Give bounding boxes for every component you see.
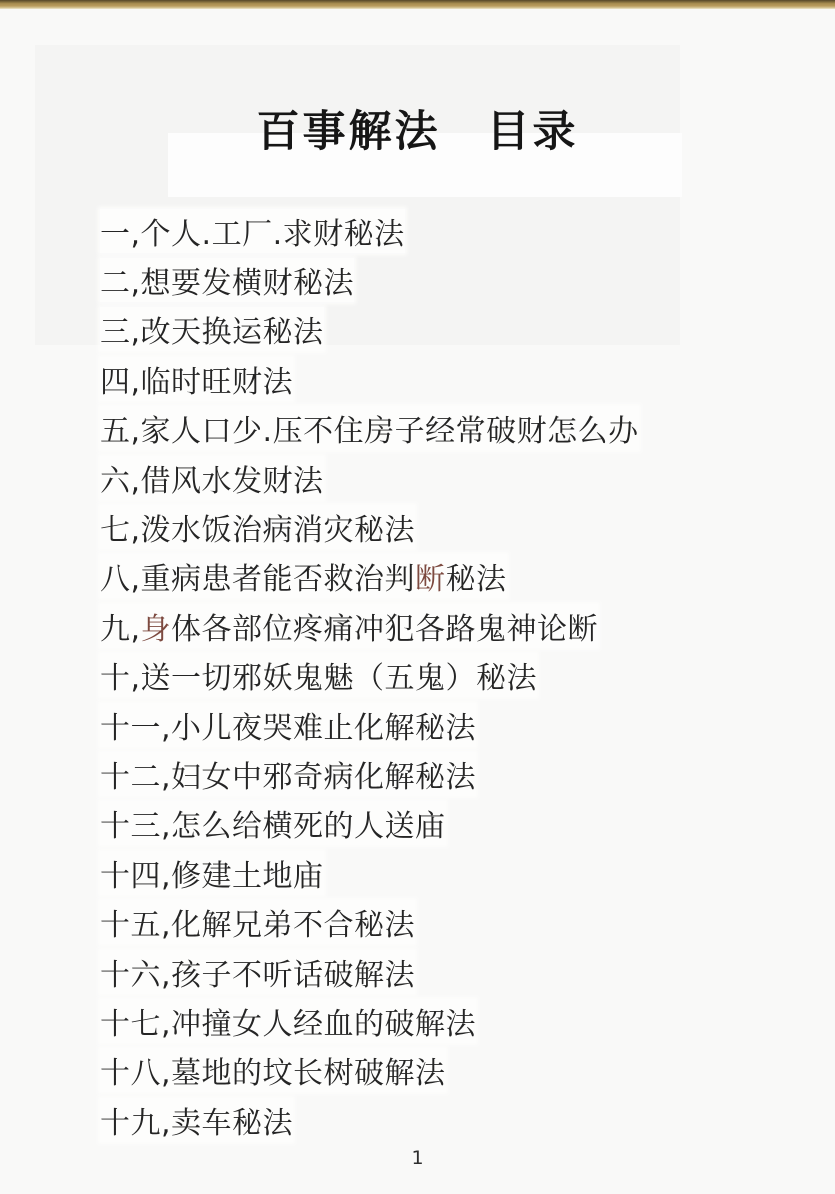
toc-text-segment: 体各部位疼痛冲犯各路鬼神论断 <box>171 612 598 647</box>
toc-item-text: 一,个人.工厂.求财秘法 <box>100 209 405 253</box>
toc-text-segment: 十三,怎么给横死的人送庙 <box>100 809 446 844</box>
toc-list: 一,个人.工厂.求财秘法二,想要发横财秘法三,改天换运秘法四,临时旺财法五,家人… <box>100 206 805 1144</box>
toc-item: 十九,卖车秘法 <box>100 1095 805 1144</box>
toc-item: 五,家人口少.压不住房子经常破财怎么办 <box>100 404 805 453</box>
toc-text-segment: 十九,卖车秘法 <box>100 1106 293 1141</box>
toc-item-text: 四,临时旺财法 <box>100 357 293 401</box>
toc-text-segment: 四,临时旺财法 <box>100 365 293 400</box>
toc-item-text: 七,泼水饭治病消灾秘法 <box>100 505 415 549</box>
toc-item: 九,身体各部位疼痛冲犯各路鬼神论断 <box>100 601 805 650</box>
toc-text-segment: 十二,妇女中邪奇病化解秘法 <box>100 760 476 795</box>
toc-text-segment: 七,泼水饭治病消灾秘法 <box>100 513 415 548</box>
toc-item-text: 十五,化解兄弟不合秘法 <box>100 900 415 944</box>
document-page: 百事解法 目录 一,个人.工厂.求财秘法二,想要发横财秘法三,改天换运秘法四,临… <box>0 0 835 1194</box>
toc-item: 三,改天换运秘法 <box>100 305 805 354</box>
toc-item-text: 十四,修建土地庙 <box>100 851 324 895</box>
toc-item: 一,个人.工厂.求财秘法 <box>100 206 805 255</box>
page-number: 1 <box>0 1147 835 1169</box>
toc-item: 七,泼水饭治病消灾秘法 <box>100 502 805 551</box>
page-title: 百事解法 目录 <box>0 98 835 159</box>
toc-item-text: 十七,冲撞女人经血的破解法 <box>100 999 476 1043</box>
toc-item: 十二,妇女中邪奇病化解秘法 <box>100 749 805 798</box>
toc-text-segment: 十五,化解兄弟不合秘法 <box>100 908 415 943</box>
toc-item-text: 十九,卖车秘法 <box>100 1098 293 1142</box>
toc-text-segment: 秘法 <box>446 562 507 597</box>
toc-text-segment: 三,改天换运秘法 <box>100 315 324 350</box>
toc-item: 六,借风水发财法 <box>100 453 805 502</box>
toc-text-segment: 六,借风水发财法 <box>100 464 324 499</box>
toc-item-text: 十,送一切邪妖鬼魅（五鬼）秘法 <box>100 653 537 697</box>
toc-text-segment: 十四,修建土地庙 <box>100 859 324 894</box>
toc-text-segment: 十八,墓地的坟长树破解法 <box>100 1056 446 1091</box>
toc-item: 十四,修建土地庙 <box>100 848 805 897</box>
toc-text-segment: 一,个人.工厂.求财秘法 <box>100 217 405 252</box>
toc-highlight-char: 身 <box>141 612 172 647</box>
toc-item-text: 五,家人口少.压不住房子经常破财怎么办 <box>100 406 639 450</box>
toc-text-segment: 九, <box>100 612 141 647</box>
toc-item: 十三,怎么给横死的人送庙 <box>100 799 805 848</box>
toc-item: 八,重病患者能否救治判断秘法 <box>100 552 805 601</box>
toc-item: 十,送一切邪妖鬼魅（五鬼）秘法 <box>100 651 805 700</box>
toc-item-text: 十三,怎么给横死的人送庙 <box>100 801 446 845</box>
toc-item-text: 十一,小儿夜哭难止化解秘法 <box>100 703 476 747</box>
toc-item-text: 九,身体各部位疼痛冲犯各路鬼神论断 <box>100 604 598 648</box>
toc-item-text: 十八,墓地的坟长树破解法 <box>100 1048 446 1092</box>
toc-highlight-char: 断 <box>415 562 446 597</box>
toc-text-segment: 十六,孩子不听话破解法 <box>100 958 415 993</box>
toc-item: 四,临时旺财法 <box>100 354 805 403</box>
toc-text-segment: 十一,小儿夜哭难止化解秘法 <box>100 711 476 746</box>
toc-text-segment: 五,家人口少.压不住房子经常破财怎么办 <box>100 414 639 449</box>
toc-item-text: 二,想要发横财秘法 <box>100 258 354 302</box>
toc-item: 十五,化解兄弟不合秘法 <box>100 897 805 946</box>
toc-text-segment: 八,重病患者能否救治判 <box>100 562 415 597</box>
toc-text-segment: 十,送一切邪妖鬼魅（五鬼）秘法 <box>100 661 537 696</box>
toc-item-text: 十六,孩子不听话破解法 <box>100 950 415 994</box>
toc-item-text: 三,改天换运秘法 <box>100 307 324 351</box>
toc-item-text: 十二,妇女中邪奇病化解秘法 <box>100 752 476 796</box>
toc-item: 十六,孩子不听话破解法 <box>100 947 805 996</box>
toc-text-segment: 二,想要发横财秘法 <box>100 266 354 301</box>
scan-top-edge <box>0 0 835 9</box>
toc-item: 十一,小儿夜哭难止化解秘法 <box>100 700 805 749</box>
toc-item: 十七,冲撞女人经血的破解法 <box>100 996 805 1045</box>
toc-item: 十八,墓地的坟长树破解法 <box>100 1046 805 1095</box>
toc-item: 二,想要发横财秘法 <box>100 255 805 304</box>
toc-item-text: 八,重病患者能否救治判断秘法 <box>100 554 507 598</box>
toc-item-text: 六,借风水发财法 <box>100 456 324 500</box>
toc-text-segment: 十七,冲撞女人经血的破解法 <box>100 1007 476 1042</box>
